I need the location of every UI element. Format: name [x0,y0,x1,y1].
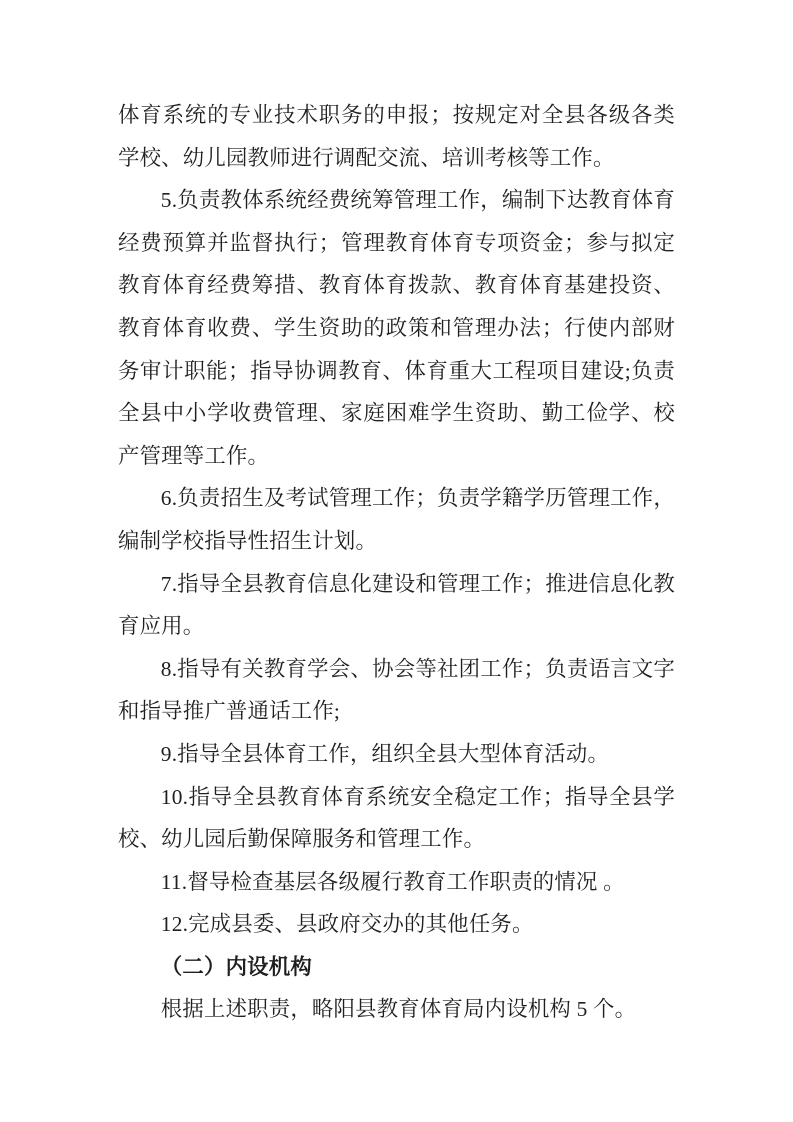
paragraph: 10.指导全县教育体育系统安全稳定工作；指导全县学校、幼儿园后勤保障服务和管理工… [118,776,675,861]
document-body-text: 体育系统的专业技术职务的申报；按规定对全县各级各类学校、幼儿园教师进行调配交流、… [118,94,675,1031]
document-page: 体育系统的专业技术职务的申报；按规定对全县各级各类学校、幼儿园教师进行调配交流、… [0,0,793,1122]
paragraph: 根据上述职责，略阳县教育体育局内设机构 5 个。 [118,988,675,1031]
paragraph: 8.指导有关教育学会、协会等社团工作；负责语言文字和指导推广普通话工作; [118,648,675,733]
paragraph: 5.负责教体系统经费统筹管理工作，编制下达教育体育经费预算并监督执行；管理教育体… [118,179,675,477]
paragraph: 6.负责招生及考试管理工作；负责学籍学历管理工作，编制学校指导性招生计划。 [118,477,675,562]
paragraph: 体育系统的专业技术职务的申报；按规定对全县各级各类学校、幼儿园教师进行调配交流、… [118,94,675,179]
paragraph: 9.指导全县体育工作，组织全县大型体育活动。 [118,733,675,776]
paragraph: 7.指导全县教育信息化建设和管理工作；推进信息化教育应用。 [118,563,675,648]
paragraph: 12.完成县委、县政府交办的其他任务。 [118,903,675,946]
paragraph: 11.督导检查基层各级履行教育工作职责的情况 。 [118,861,675,904]
section-heading: （二）内设机构 [118,946,675,989]
